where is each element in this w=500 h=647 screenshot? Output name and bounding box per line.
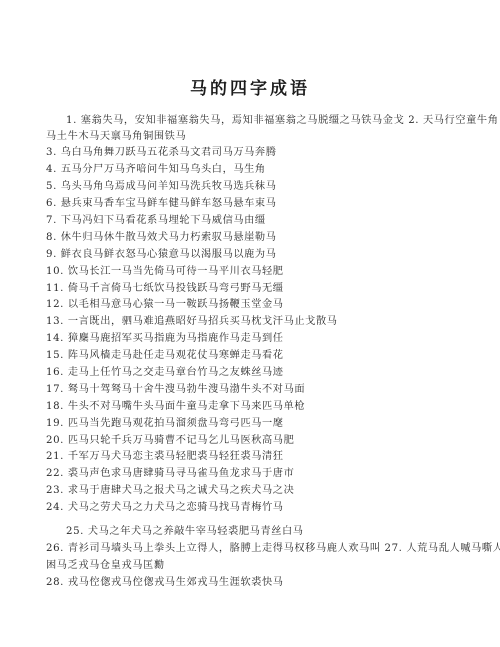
idiom-line: 9. 鲜衣良马鲜衣怒马心猿意马以渴服马以鹿为马 bbox=[46, 248, 277, 261]
idiom-line: 20. 匹马只轮千兵万马骑曹不记马乞儿马医秋高马肥 bbox=[46, 434, 294, 447]
idiom-line: 19. 匹马当先跑马观花拍马溜须盘马弯弓匹马一麾 bbox=[46, 417, 284, 430]
idiom-line: 15. 阵马风樯走马赴任走马观花仗马寒蝉走马看花 bbox=[46, 349, 284, 362]
idiom-line: 8. 休牛归马休牛散马效犬马力朽索驭马悬崖勒马 bbox=[46, 231, 277, 244]
idiom-line: 25. 犬马之年犬马之养敲牛宰马轻裘肥马青丝白马 bbox=[66, 525, 304, 538]
idiom-line: 13. 一言既出，驷马难追燕昭好马招兵买马枕戈汗马止戈散马 bbox=[46, 315, 338, 328]
idiom-line: 3. 乌白马角舞刀跃马五花杀马文君司马万马奔腾 bbox=[46, 146, 277, 159]
idiom-line: 12. 以毛相马意马心猿一马一鞍跃马扬鞭玉堂金马 bbox=[46, 298, 284, 311]
idiom-line: 22. 裘马声色求马唐肆骑马寻马雀马鱼龙求马于唐市 bbox=[46, 467, 294, 480]
idiom-line: 困马乏戎马仓皇戎马匡勷 bbox=[46, 559, 165, 572]
idiom-line: 17. 驽马十驾驽马十舍牛溲马勃牛溲马渤牛头不对马面 bbox=[46, 383, 305, 396]
idiom-line: 24. 犬马之劳犬马之力犬马之恋骑马找马青梅竹马 bbox=[46, 501, 284, 514]
idiom-line: 11. 倚马千言倚马七纸饮马投钱跃马弯弓野马无缰 bbox=[46, 282, 284, 295]
idiom-line: 5. 乌头马角乌焉成马问羊知马洗兵牧马选兵秣马 bbox=[46, 180, 277, 193]
idiom-line: 14. 獐麇马鹿招军买马指鹿为马指鹿作马走马到任 bbox=[46, 332, 284, 345]
idiom-line: 21. 千军万马犬马恋主裘马轻肥裘马轻狂裘马清狂 bbox=[46, 450, 284, 463]
idiom-line: 马土牛木马天禀马角铜围铁马 bbox=[46, 130, 186, 143]
idiom-line: 6. 悬兵束马香车宝马鲜车健马鲜车怒马悬车束马 bbox=[46, 197, 277, 210]
idiom-line: 26. 青衫司马墙头马上拳头上立得人，胳膊上走得马权移马鹿人欢马叫 27. 人荒… bbox=[46, 542, 500, 555]
idiom-line: 7. 下马冯妇下马看花系马埋轮下马威信马由缰 bbox=[46, 214, 266, 227]
idiom-line: 18. 牛头不对马嘴牛头马面牛童马走拿下马来匹马单枪 bbox=[46, 400, 305, 413]
document-title: 马的四字成语 bbox=[0, 74, 500, 99]
idiom-line: 4. 五马分尸万马齐喑问牛知马乌头白，马生角 bbox=[46, 163, 266, 176]
idiom-line: 10. 饮马长江一马当先倚马可待一马平川衣马轻肥 bbox=[46, 265, 284, 278]
idiom-line: 16. 走马上任竹马之交走马章台竹马之友蛛丝马迹 bbox=[46, 366, 284, 379]
idiom-line: 28. 戎马倥偬戎马倥偬戎马生郊戎马生涯软裘快马 bbox=[46, 576, 284, 589]
idiom-line: 1. 塞翁失马，安知非福塞翁失马，焉知非福塞翁之马脱缰之马铁马金戈 2. 天马行… bbox=[66, 114, 499, 127]
idiom-line: 23. 求马于唐肆犬马之报犬马之诚犬马之疾犬马之决 bbox=[46, 484, 294, 497]
document-page: 马的四字成语 1. 塞翁失马，安知非福塞翁失马，焉知非福塞翁之马脱缰之马铁马金戈… bbox=[0, 0, 500, 647]
